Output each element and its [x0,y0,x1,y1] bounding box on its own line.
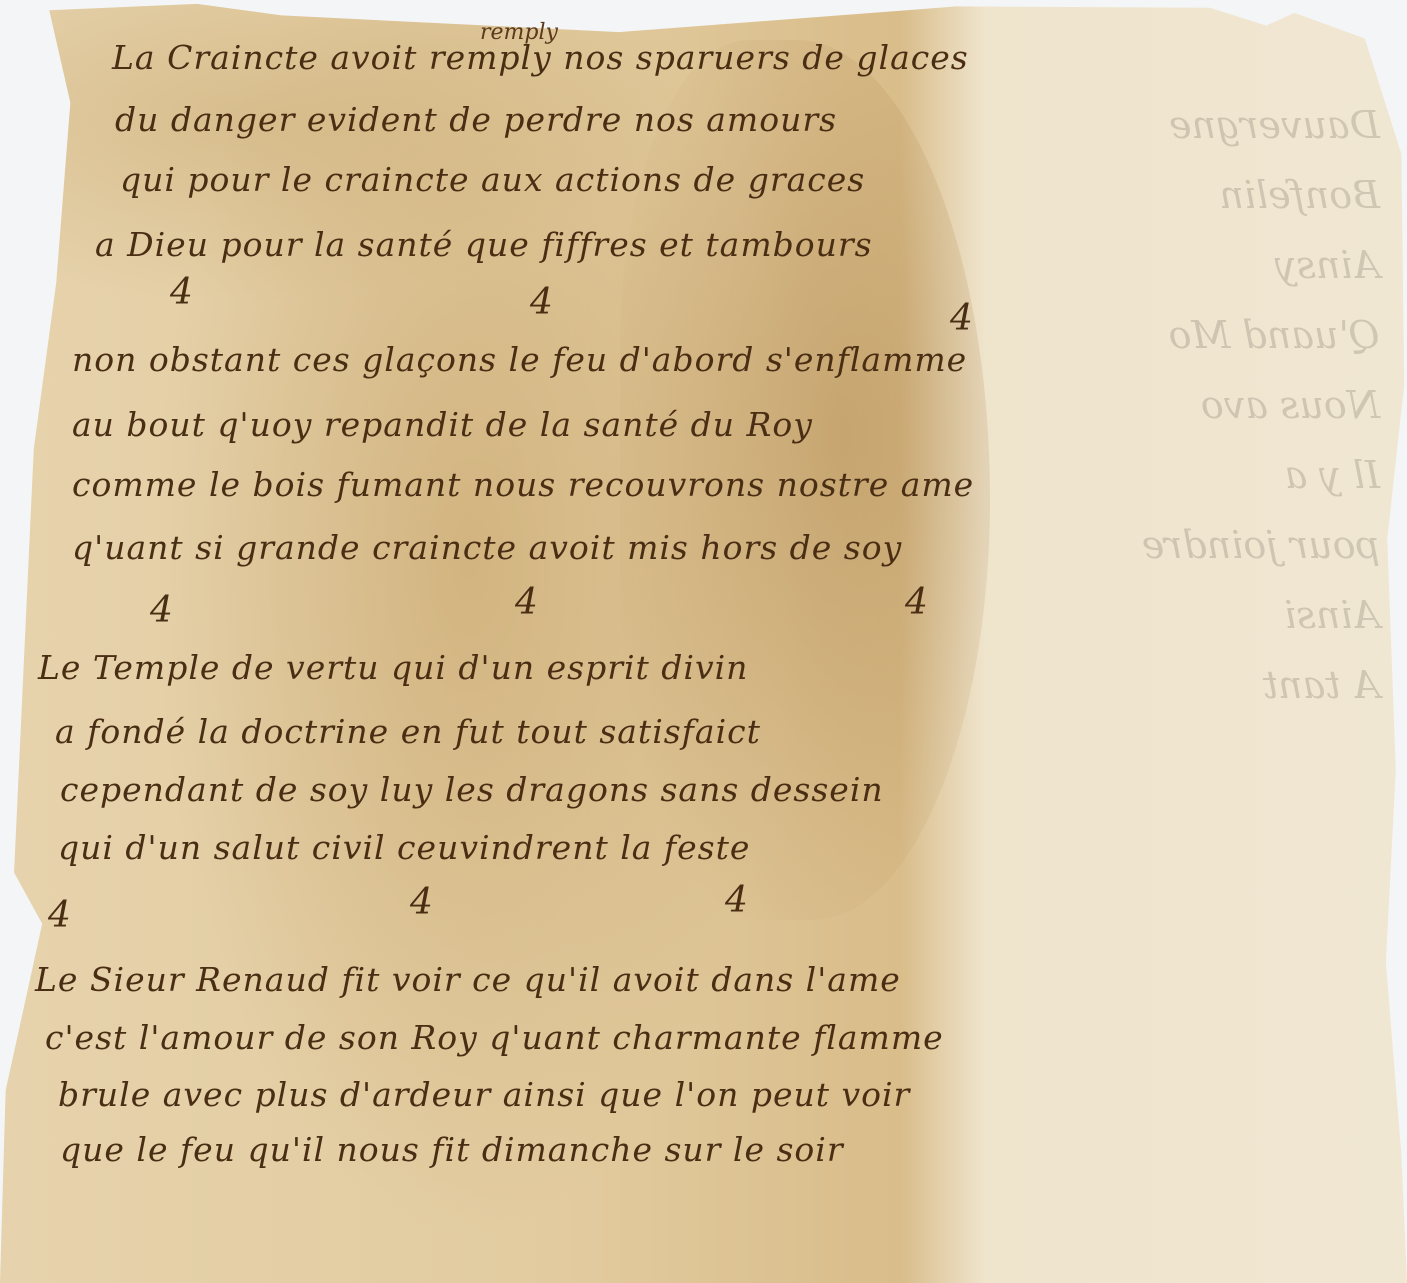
stanza-mark: 4 [530,282,553,323]
stanza-4-line-4: que le feu qu'il nous fit dimanche sur l… [60,1130,844,1169]
stanza-3-line-1: Le Temple de vertu qui d'un esprit divin [38,648,748,687]
stanza-mark: 4 [410,882,433,923]
stanza-1-line-3: qui pour le craincte aux actions de grac… [120,160,865,199]
stanza-mark: 4 [48,895,71,936]
stanza-2-line-1: non obstant ces glaçons le feu d'abord s… [72,340,967,379]
stanza-mark: 4 [905,582,928,623]
stanza-mark: 4 [170,272,193,313]
stanza-3-line-3: cependant de soy luy les dragons sans de… [60,770,884,809]
stanza-mark: 4 [950,298,973,339]
stanza-mark: 4 [515,582,538,623]
stanza-1-line-4: a Dieu pour la santé que fiffres et tamb… [95,225,873,264]
interlinear-insertion: remply [480,20,558,45]
stanza-3-line-2: a fondé la doctrine en fut tout satisfai… [55,712,761,751]
stanza-mark: 4 [725,880,748,921]
stanza-4-line-2: c'est l'amour de son Roy q'uant charmant… [45,1018,944,1057]
stanza-3-line-4: qui d'un salut civil ceuvindrent la fest… [58,828,750,867]
stanza-2-line-3: comme le bois fumant nous recouvrons nos… [72,465,974,504]
stanza-mark: 4 [150,590,173,631]
manuscript-text: La Craincte avoit remply nos sparuers de… [0,0,1407,1283]
stanza-1-line-2: du danger evident de perdre nos amours [115,100,837,139]
stanza-4-line-3: brule avec plus d'ardeur ainsi que l'on … [58,1075,910,1114]
stanza-2-line-2: au bout q'uoy repandit de la santé du Ro… [72,405,813,444]
stanza-4-line-1: Le Sieur Renaud fit voir ce qu'il avoit … [35,960,901,999]
stanza-2-line-4: q'uant si grande craincte avoit mis hors… [72,528,902,567]
